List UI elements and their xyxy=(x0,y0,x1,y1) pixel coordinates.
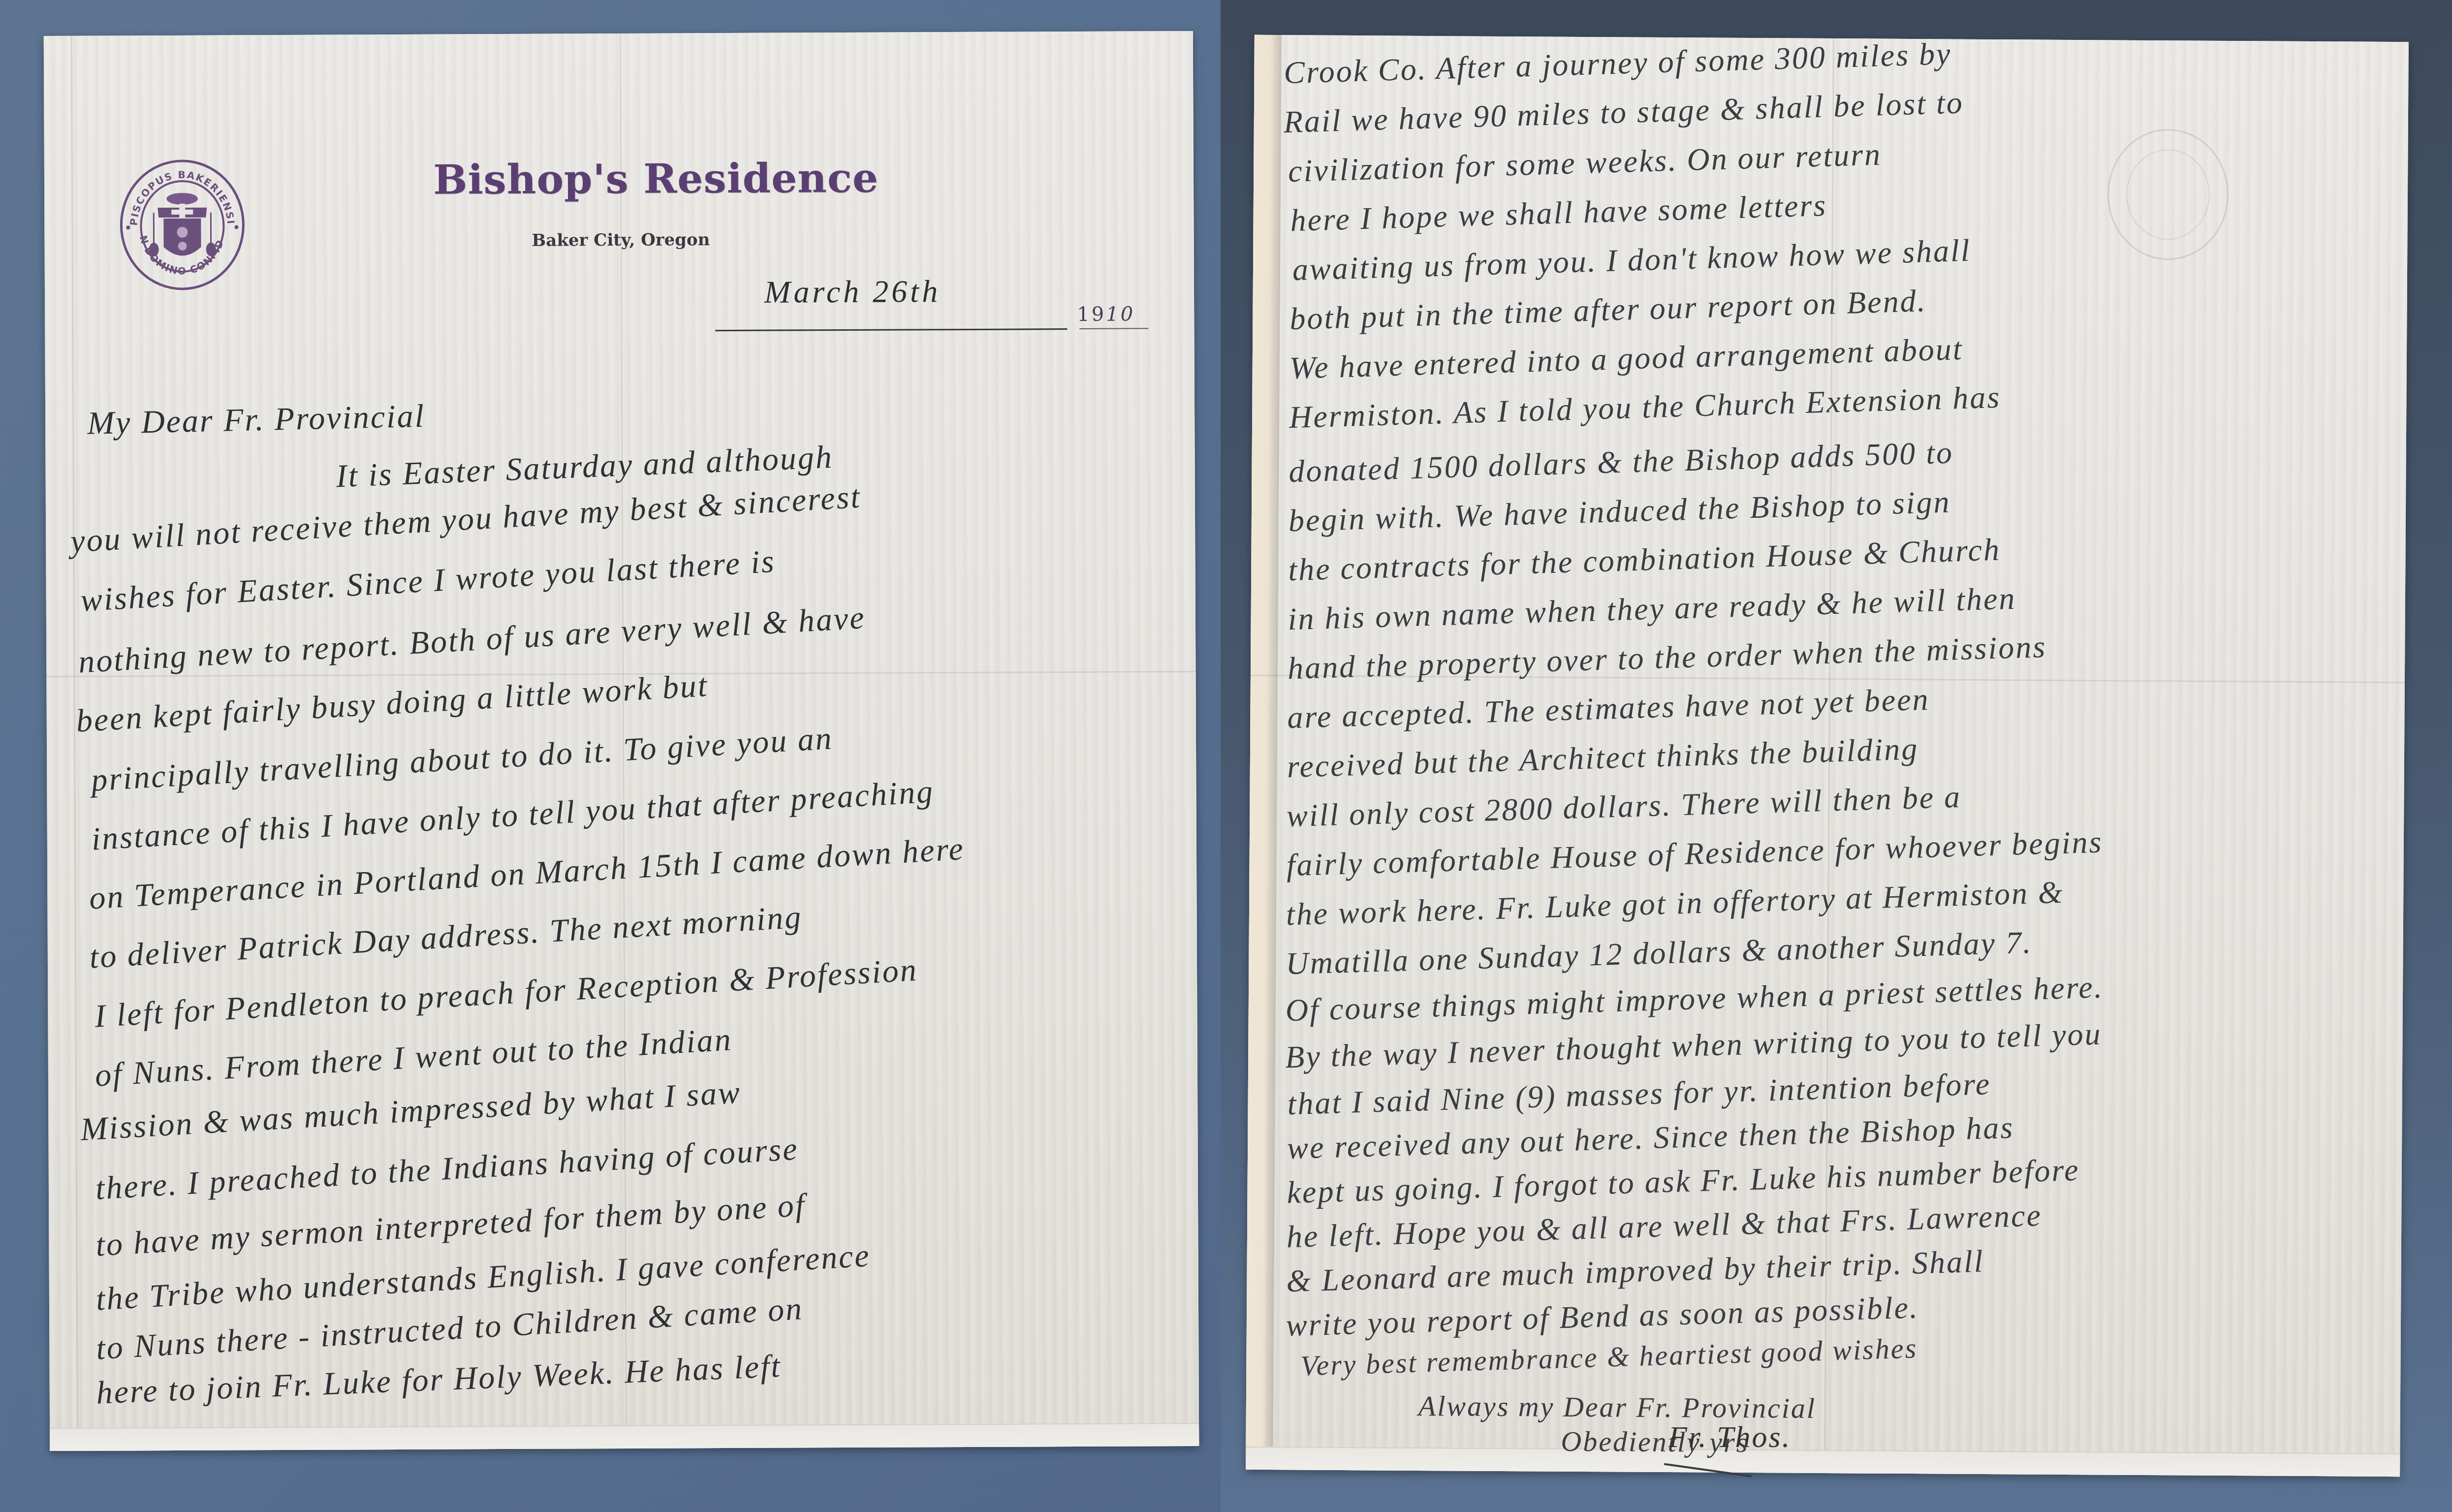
letterhead-title: Bishop's Residence xyxy=(433,155,879,204)
text-line: Rail we have 90 miles to stage & shall b… xyxy=(1283,84,1964,140)
date-underline xyxy=(715,328,1067,331)
text-line: been kept fairly busy doing a little wor… xyxy=(75,667,709,740)
text-line: We have entered into a good arrangement … xyxy=(1289,331,1964,386)
year-underline xyxy=(1079,328,1148,329)
text-line: civilization for some weeks. On our retu… xyxy=(1288,136,1882,190)
text-line: begin with. We have induced the Bishop t… xyxy=(1288,484,1951,539)
fold-crease xyxy=(71,36,79,1451)
text-line: fairly comfortable House of Residence fo… xyxy=(1286,824,2104,884)
text-line: will only cost 2800 dollars. There will … xyxy=(1286,779,1962,834)
text-line: are accepted. The estimates have not yet… xyxy=(1287,681,1930,736)
text-line: wishes for Easter. Since I wrote you las… xyxy=(80,543,777,620)
letterhead-location: Baker City, Oregon xyxy=(532,230,710,251)
text-line: Hermiston. As I told you the Church Exte… xyxy=(1289,379,2001,436)
date-line: March 26th 1910 xyxy=(715,267,1154,338)
text-line: in his own name when they are ready & he… xyxy=(1288,580,2017,638)
text-line: the contracts for the combination House … xyxy=(1288,532,2001,589)
text-line: donated 1500 dollars & the Bishop adds 5… xyxy=(1288,434,1954,490)
signature: Fr. Thos. xyxy=(1668,1420,1791,1455)
text-line: awaiting us from you. I don't know how w… xyxy=(1292,232,1972,288)
episcopal-seal-icon: EPISCOPUS BAKERIENSIS IN DOMINO CONFIDO xyxy=(118,158,247,291)
text-line: here I hope we shall have some letters xyxy=(1290,187,1828,239)
date-year: 1910 xyxy=(1077,303,1135,326)
letter-page-2: Crook Co. After a journey of some 300 mi… xyxy=(1246,35,2409,1477)
text-line: received but the Architect thinks the bu… xyxy=(1287,730,1919,785)
salutation: My Dear Fr. Provincial xyxy=(87,398,425,442)
text-line: Crook Co. After a journey of some 300 mi… xyxy=(1283,35,1952,91)
letter-page-1: EPISCOPUS BAKERIENSIS IN DOMINO CONFIDO … xyxy=(44,31,1199,1451)
date-handwritten: March 26th xyxy=(764,273,941,311)
text-line: the work here. Fr. Luke got in offertory… xyxy=(1286,874,2065,933)
text-line: Umatilla one Sunday 12 dollars & another… xyxy=(1285,924,2033,982)
seal-bleed-through xyxy=(2107,128,2229,260)
